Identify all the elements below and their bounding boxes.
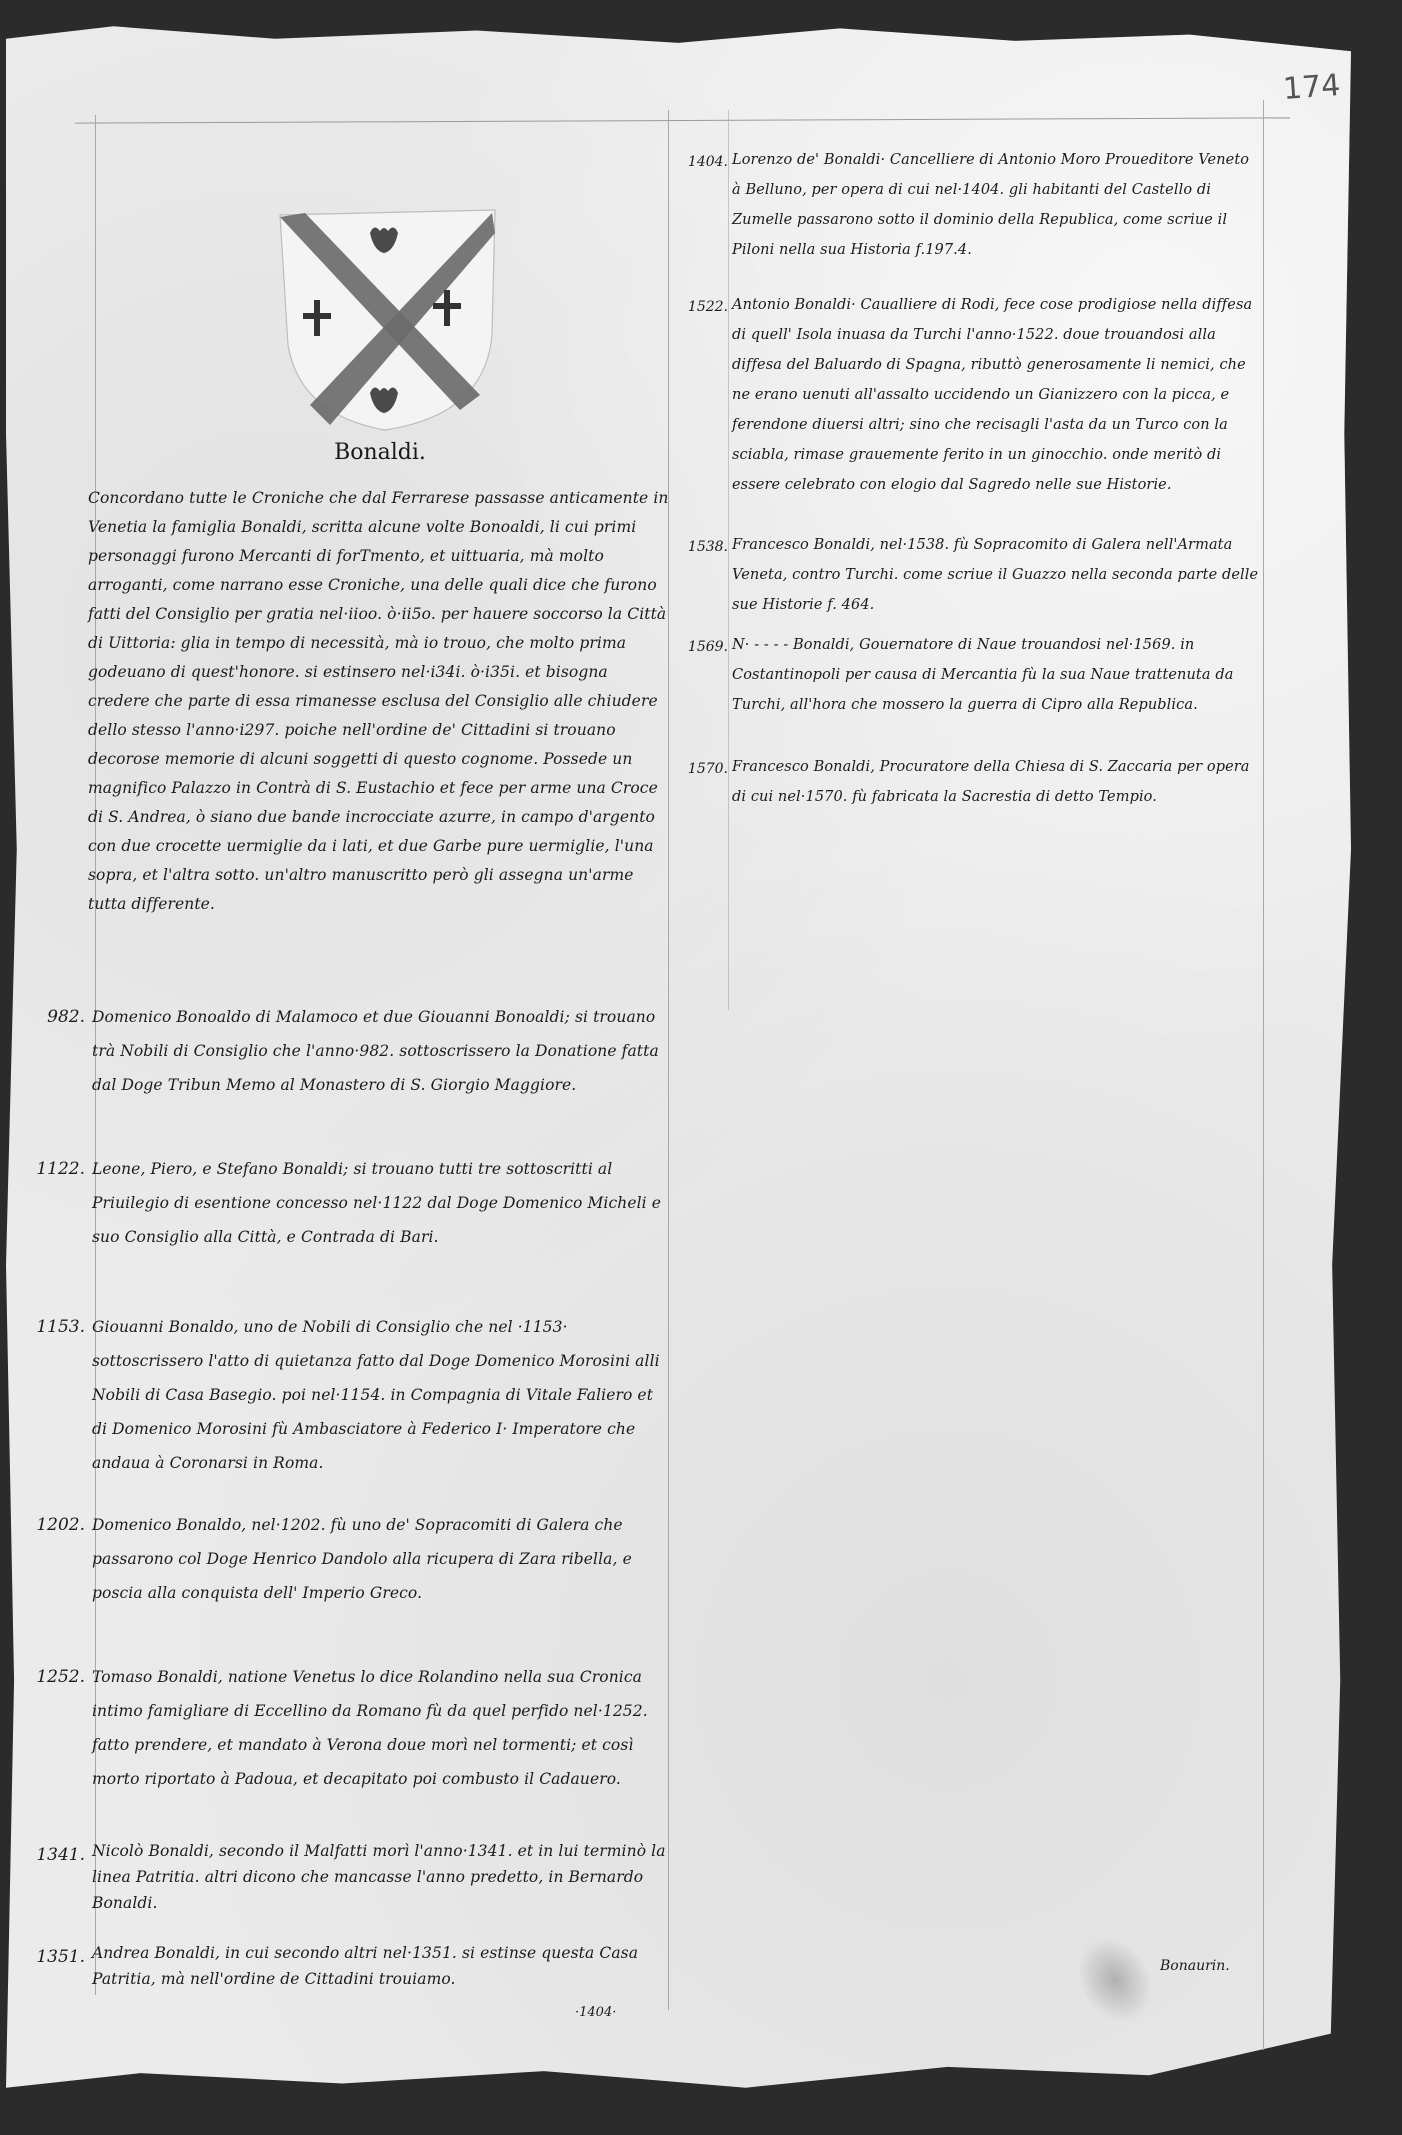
trailing-year-note: ·1404· — [575, 2005, 616, 2020]
entry-year: 1404. — [668, 145, 728, 179]
entry-year: 1351. — [20, 1940, 85, 1974]
entry-text: Andrea Bonaldi, in cui secondo altri nel… — [92, 1940, 672, 1992]
entry-text: Nicolò Bonaldi, secondo il Malfatti morì… — [92, 1838, 672, 1916]
family-name-heading: Bonaldi. — [300, 440, 460, 465]
entry-year: 1202. — [20, 1508, 85, 1542]
entry-year: 1341. — [20, 1838, 85, 1872]
folio-number: 174 — [1282, 68, 1342, 107]
entry-text: Antonio Bonaldi· Caualliere di Rodi, fec… — [732, 290, 1262, 500]
introduction-paragraph: Concordano tutte le Croniche che dal Fer… — [88, 484, 673, 919]
entry-year: 1522. — [668, 290, 728, 324]
entry-year: 1122. — [20, 1152, 85, 1186]
entry-year: 1153. — [20, 1310, 85, 1344]
entry-text: Lorenzo de' Bonaldi· Cancelliere di Anto… — [732, 145, 1262, 265]
catchword: Bonaurin. — [1160, 1958, 1230, 1974]
entry-year: 1252. — [20, 1660, 85, 1694]
entry-year: 982. — [20, 1000, 85, 1034]
entry-text: Leone, Piero, e Stefano Bonaldi; si trou… — [92, 1152, 672, 1254]
entry-year: 1570. — [668, 752, 728, 786]
entry-year: 1569. — [668, 630, 728, 664]
entry-text: Francesco Bonaldi, nel·1538. fù Sopracom… — [732, 530, 1262, 620]
entry-year: 1538. — [668, 530, 728, 564]
entry-text: Domenico Bonaldo, nel·1202. fù uno de' S… — [92, 1508, 672, 1610]
entry-text: N· - - - - Bonaldi, Gouernatore di Naue … — [732, 630, 1262, 720]
entry-text: Giouanni Bonaldo, uno de Nobili di Consi… — [92, 1310, 672, 1480]
entry-text: Francesco Bonaldi, Procuratore della Chi… — [732, 752, 1262, 812]
right-year-rule — [728, 110, 729, 1010]
coat-of-arms-icon — [270, 205, 500, 435]
right-margin-rule — [1263, 100, 1264, 2050]
entry-text: Tomaso Bonaldi, natione Venetus lo dice … — [92, 1660, 672, 1796]
entry-text: Domenico Bonoaldo di Malamoco et due Gio… — [92, 1000, 672, 1102]
